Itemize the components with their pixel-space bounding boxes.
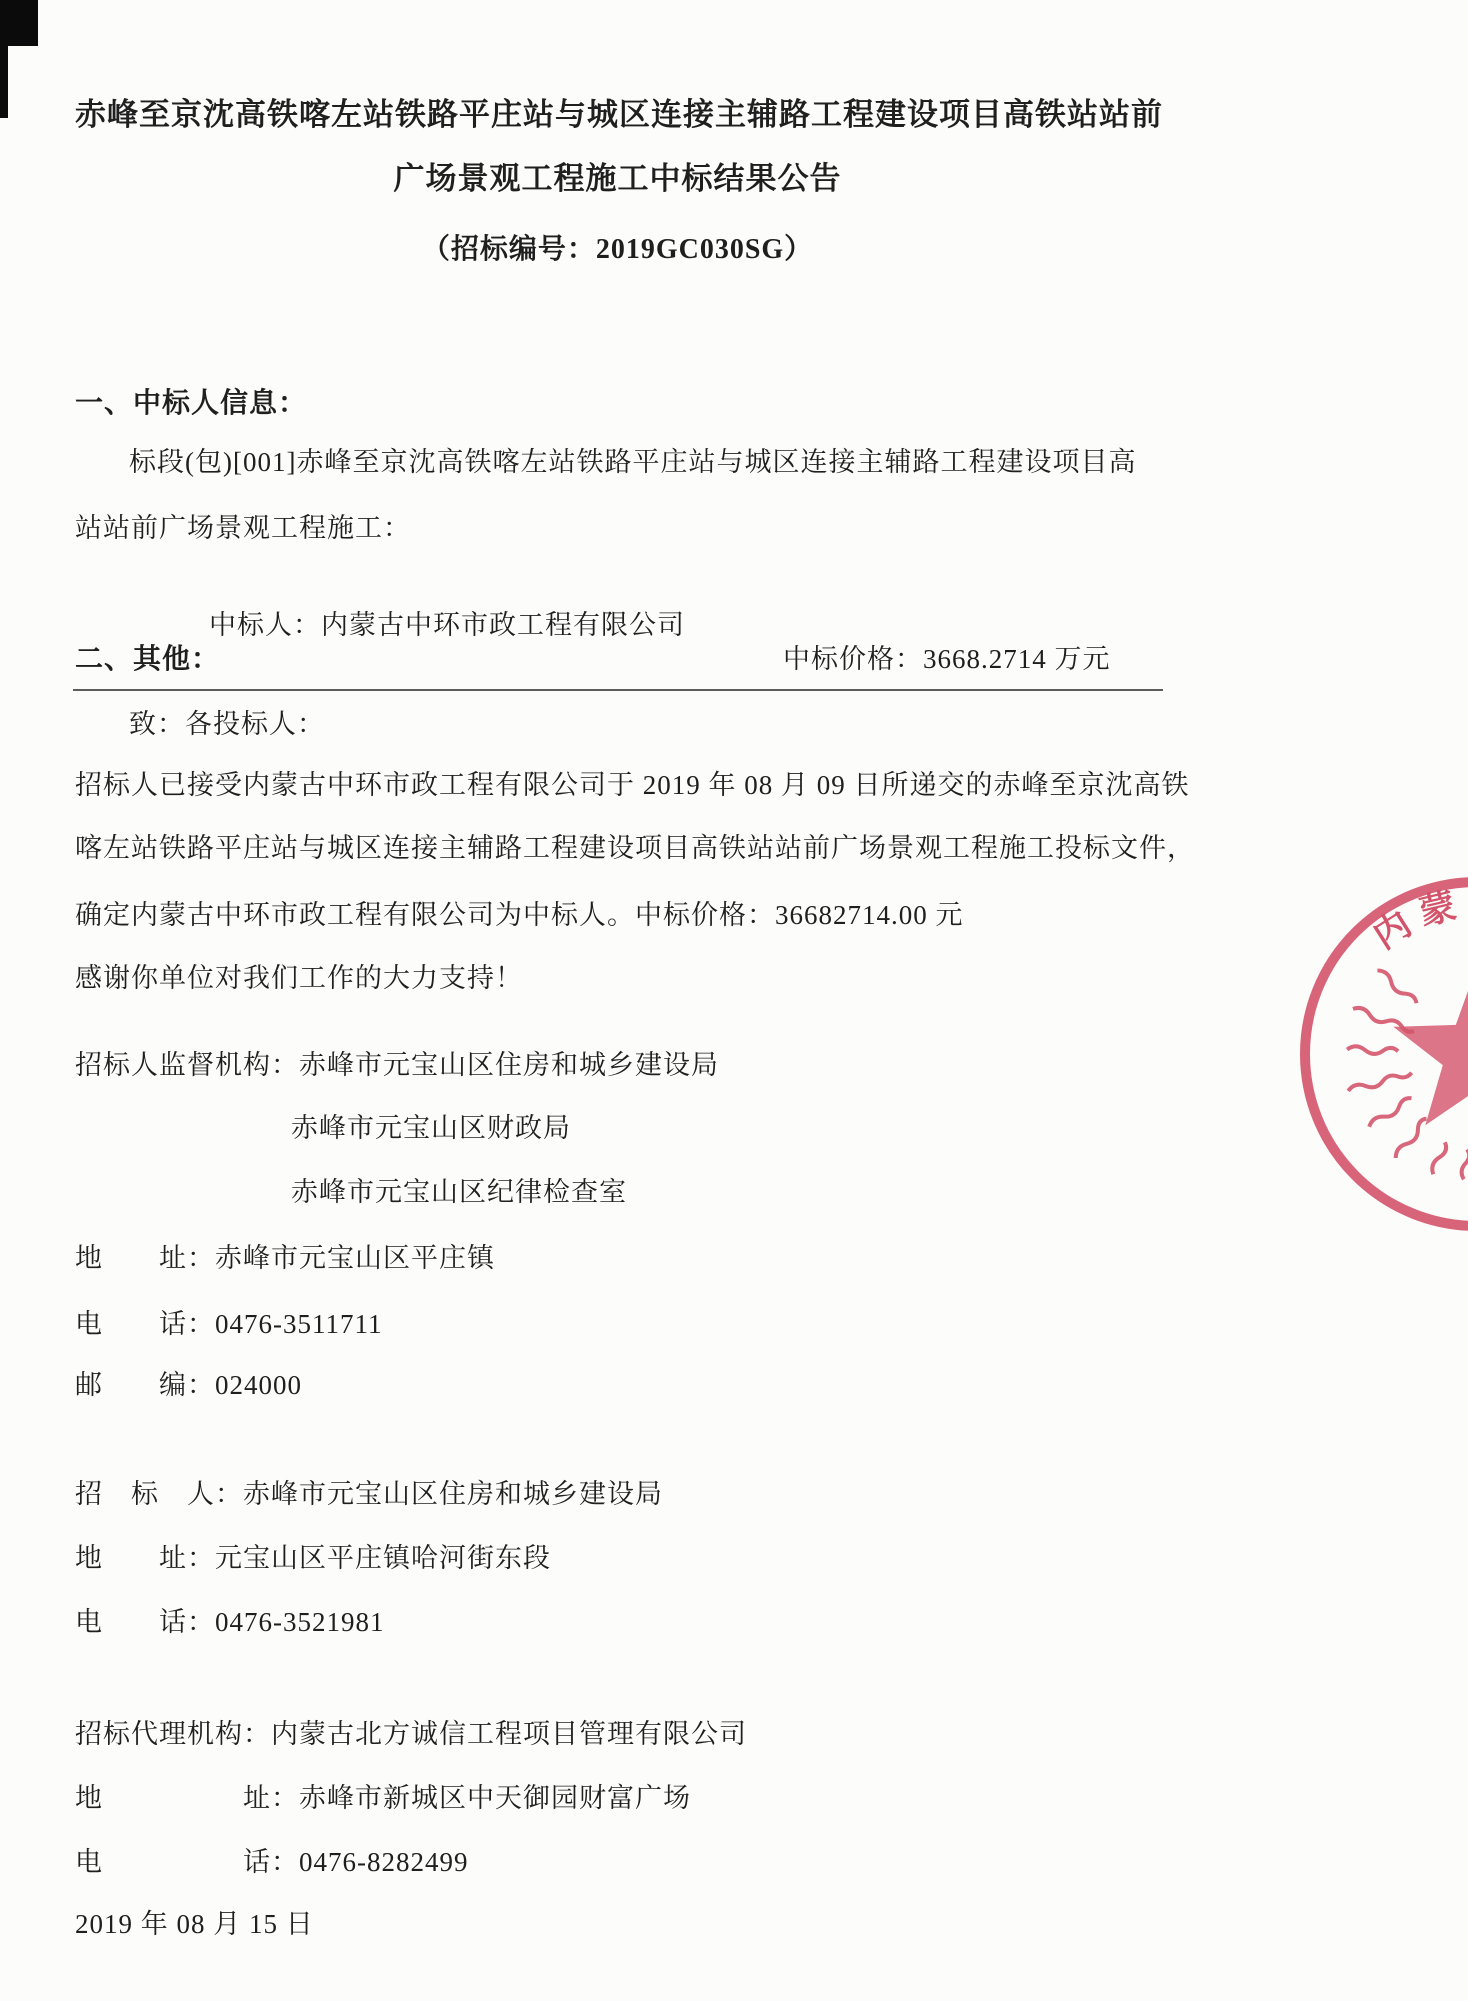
body-line3: 确定内蒙古中环市政工程有限公司为中标人。中标价格：36682714.00 元 (75, 899, 964, 933)
winner-label: 中标人： (209, 610, 321, 640)
supervisor-address-label: 地 址： (75, 1243, 215, 1273)
seal-graphic: 内蒙古 (1287, 864, 1468, 1244)
supervisor-address-value: 赤峰市元宝山区平庄镇 (215, 1243, 495, 1273)
scan-artifact-strip (0, 46, 8, 118)
body-line1: 招标人已接受内蒙古中环市政工程有限公司于 2019 年 08 月 09 日所递交… (75, 769, 1190, 803)
tenderee-name: 赤峰市元宝山区住房和城乡建设局 (243, 1479, 663, 1509)
agency-label: 招标代理机构： (75, 1719, 271, 1749)
agency-address-line: 地 址：赤峰市新城区中天御园财富广场 (75, 1782, 691, 1816)
thanks-line: 感谢你单位对我们工作的大力支持！ (75, 962, 523, 996)
supervisor-phone-label: 电 话： (75, 1309, 215, 1339)
seal-arc-text: 内蒙古 (1366, 883, 1468, 957)
document-title-line2: 广场景观工程施工中标结果公告 (75, 160, 1160, 199)
winner-name: 内蒙古中环市政工程有限公司 (321, 610, 685, 640)
section2-heading: 二、其他： (75, 641, 220, 676)
supervisor-org2: 赤峰市元宝山区财政局 (291, 1112, 571, 1146)
section1-heading: 一、中标人信息： (75, 385, 307, 420)
supervisor-phone-value: 0476-3511711 (215, 1309, 383, 1339)
official-red-seal: 内蒙古 (1287, 864, 1468, 1244)
tenderee-phone-label: 电 话： (75, 1607, 215, 1637)
agency-phone-value: 0476-8282499 (299, 1847, 469, 1877)
supervisor-org1: 赤峰市元宝山区住房和城乡建设局 (299, 1050, 719, 1080)
body-line2: 喀左站铁路平庄站与城区连接主辅路工程建设项目高铁站站前广场景观工程施工投标文件， (75, 832, 1195, 866)
supervisor-label: 招标人监督机构： (75, 1050, 299, 1080)
date-line: 2019 年 08 月 15 日 (75, 1908, 314, 1942)
agency-address-label: 地 址： (75, 1783, 299, 1813)
section2-underline (73, 689, 1163, 691)
supervisor-phone-line: 电 话：0476-3511711 (75, 1308, 383, 1342)
agency-line: 招标代理机构：内蒙古北方诚信工程项目管理有限公司 (75, 1718, 747, 1752)
tenderee-line: 招 标 人：赤峰市元宝山区住房和城乡建设局 (75, 1478, 663, 1512)
agency-name: 内蒙古北方诚信工程项目管理有限公司 (271, 1719, 747, 1749)
tenderee-address-label: 地 址： (75, 1543, 215, 1573)
scan-artifact-corner (0, 0, 38, 46)
tenderee-phone-line: 电 话：0476-3521981 (75, 1606, 385, 1640)
tenderee-address-line: 地 址：元宝山区平庄镇哈河街东段 (75, 1542, 551, 1576)
supervisor-line: 招标人监督机构：赤峰市元宝山区住房和城乡建设局 (75, 1049, 719, 1083)
supervisor-postcode-label: 邮 编： (75, 1370, 215, 1400)
price-value: 3668.2714 万元 (923, 644, 1111, 674)
supervisor-org3: 赤峰市元宝山区纪律检查室 (291, 1176, 627, 1210)
price-group: 中标价格：3668.2714 万元 (783, 643, 1111, 677)
tenderee-phone-value: 0476-3521981 (215, 1607, 385, 1637)
agency-phone-label: 电 话： (75, 1847, 299, 1877)
supervisor-postcode-line: 邮 编：024000 (75, 1369, 302, 1403)
supervisor-postcode-value: 024000 (215, 1370, 302, 1400)
agency-address-value: 赤峰市新城区中天御园财富广场 (299, 1783, 691, 1813)
tenderee-label: 招 标 人： (75, 1479, 243, 1509)
tenderee-address-value: 元宝山区平庄镇哈河街东段 (215, 1543, 551, 1573)
document-title-line1: 赤峰至京沈高铁喀左站铁路平庄站与城区连接主辅路工程建设项目高铁站站前 (75, 96, 1160, 135)
salutation-line: 致：各投标人： (129, 708, 325, 742)
supervisor-address-line: 地 址：赤峰市元宝山区平庄镇 (75, 1242, 495, 1276)
price-label: 中标价格： (783, 644, 923, 674)
lot-description-line2: 站站前广场景观工程施工： (75, 512, 411, 546)
scanned-document-page: 赤峰至京沈高铁喀左站铁路平庄站与城区连接主辅路工程建设项目高铁站站前 广场景观工… (0, 0, 1468, 2001)
tender-number: （招标编号：2019GC030SG） (75, 232, 1160, 267)
agency-phone-line: 电 话：0476-8282499 (75, 1846, 469, 1880)
lot-description-line1: 标段(包)[001]赤峰至京沈高铁喀左站铁路平庄站与城区连接主辅路工程建设项目高 (129, 446, 1136, 480)
